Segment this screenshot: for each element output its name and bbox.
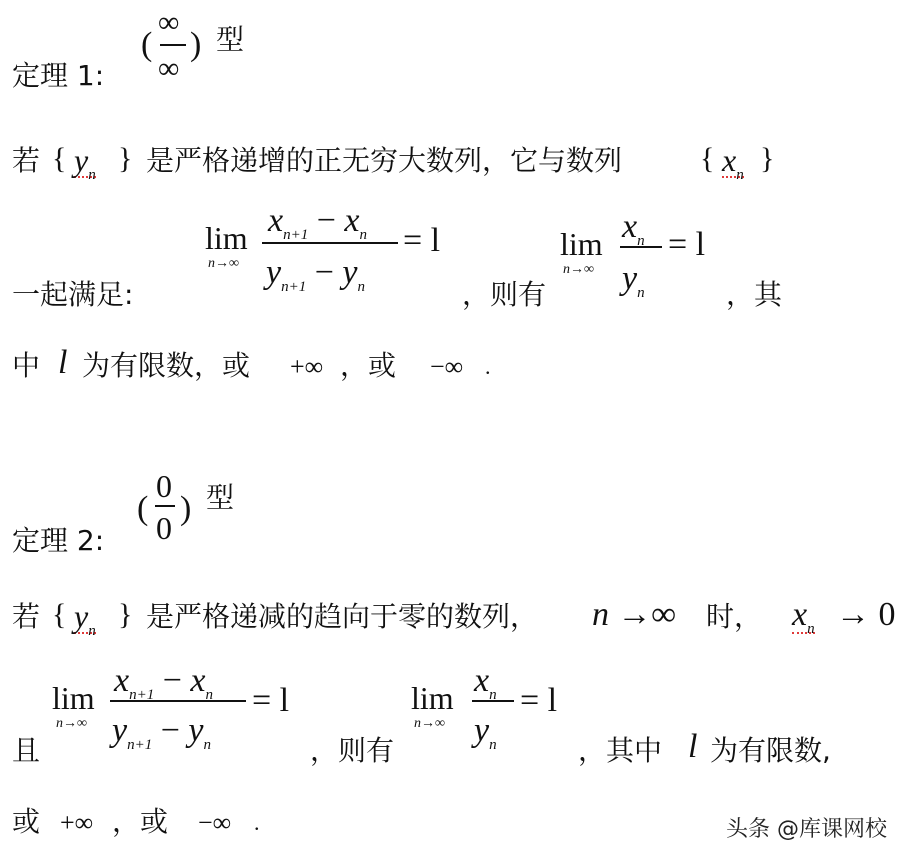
brace-close: }	[760, 144, 774, 174]
fraction-bar	[110, 700, 246, 702]
text-or: 或	[12, 808, 40, 836]
text-or: ，或	[340, 352, 396, 380]
lim-operator: lim	[52, 682, 95, 714]
theorem-1-label: 定理 1:	[12, 62, 104, 90]
fraction-bar	[620, 246, 662, 248]
lim-subscript: n→∞	[56, 716, 87, 732]
fraction-denominator: yn	[474, 714, 497, 748]
type-fraction-bar	[160, 44, 186, 46]
text-middle: 中	[12, 352, 40, 380]
type-denominator: 0	[156, 512, 172, 544]
period: .	[485, 356, 491, 378]
paren-open: (	[141, 28, 152, 62]
lim-subscript: n→∞	[414, 716, 445, 732]
equals-l: = l	[252, 684, 289, 718]
x-n: xn	[792, 598, 815, 634]
brace-open: {	[52, 144, 66, 174]
text-where: ，其中	[578, 737, 662, 765]
text-if: 若	[12, 147, 40, 175]
text-if: 若	[12, 603, 40, 631]
brace-close: }	[118, 600, 132, 630]
fraction-denominator: yn	[622, 262, 645, 296]
brace-open: {	[52, 600, 66, 630]
var-l: l	[688, 730, 697, 764]
lim-subscript: n→∞	[563, 262, 594, 278]
text-its: ，其	[726, 281, 782, 309]
text-then: ，则有	[310, 737, 394, 765]
fraction-bar	[262, 242, 398, 244]
fraction-denominator: yn+1 − yn	[266, 256, 365, 290]
n-to-infinity: n →∞	[592, 598, 676, 632]
plus-infinity: +∞	[290, 354, 323, 380]
seq-y: yn	[74, 600, 96, 634]
watermark: 头条 @库课网校	[726, 812, 887, 843]
type-denominator: ∞	[158, 54, 179, 84]
text-together-satisfy: 一起满足:	[12, 281, 133, 309]
type-fraction-bar	[155, 505, 175, 507]
type-suffix: 型	[206, 484, 234, 512]
text-then: ，则有	[462, 281, 546, 309]
fraction-bar	[472, 700, 514, 702]
plus-infinity: +∞	[60, 810, 93, 836]
fraction-numerator: xn	[622, 210, 645, 244]
theorem-2-label: 定理 2:	[12, 527, 104, 555]
period: .	[254, 812, 260, 834]
line-1-text: 是严格递增的正无穷大数列，它与数列	[146, 147, 622, 175]
equals-l: = l	[520, 684, 557, 718]
text-finite: 为有限数，或	[82, 352, 250, 380]
text-or: ，或	[112, 808, 168, 836]
type-suffix: 型	[216, 26, 244, 54]
type-numerator: ∞	[158, 8, 179, 38]
equals-l: = l	[668, 228, 705, 262]
lim-operator: lim	[205, 222, 248, 254]
seq-x: xn	[722, 144, 744, 178]
minus-infinity: −∞	[198, 810, 231, 836]
text-and: 且	[12, 737, 40, 765]
type-numerator: 0	[156, 470, 172, 502]
tends-to-zero: → 0	[836, 598, 896, 632]
equals-l: = l	[403, 224, 440, 258]
seq-y: yn	[74, 144, 96, 178]
lim-operator: lim	[411, 682, 454, 714]
brace-open: {	[700, 144, 714, 174]
lim-subscript: n→∞	[208, 256, 239, 272]
paren-close: )	[190, 28, 201, 62]
lim-operator: lim	[560, 228, 603, 260]
fraction-numerator: xn+1 − xn	[268, 204, 367, 238]
fraction-denominator: yn+1 − yn	[112, 714, 211, 748]
var-l: l	[58, 346, 67, 380]
minus-infinity: −∞	[430, 354, 463, 380]
text-finite: 为有限数,	[710, 737, 831, 765]
paren-open: (	[137, 492, 148, 526]
fraction-numerator: xn+1 − xn	[114, 664, 213, 698]
brace-close: }	[118, 144, 132, 174]
line-1-text: 是严格递减的趋向于零的数列，	[146, 603, 538, 631]
fraction-numerator: xn	[474, 664, 497, 698]
paren-close: )	[180, 492, 191, 526]
text-when: 时，	[706, 603, 762, 631]
